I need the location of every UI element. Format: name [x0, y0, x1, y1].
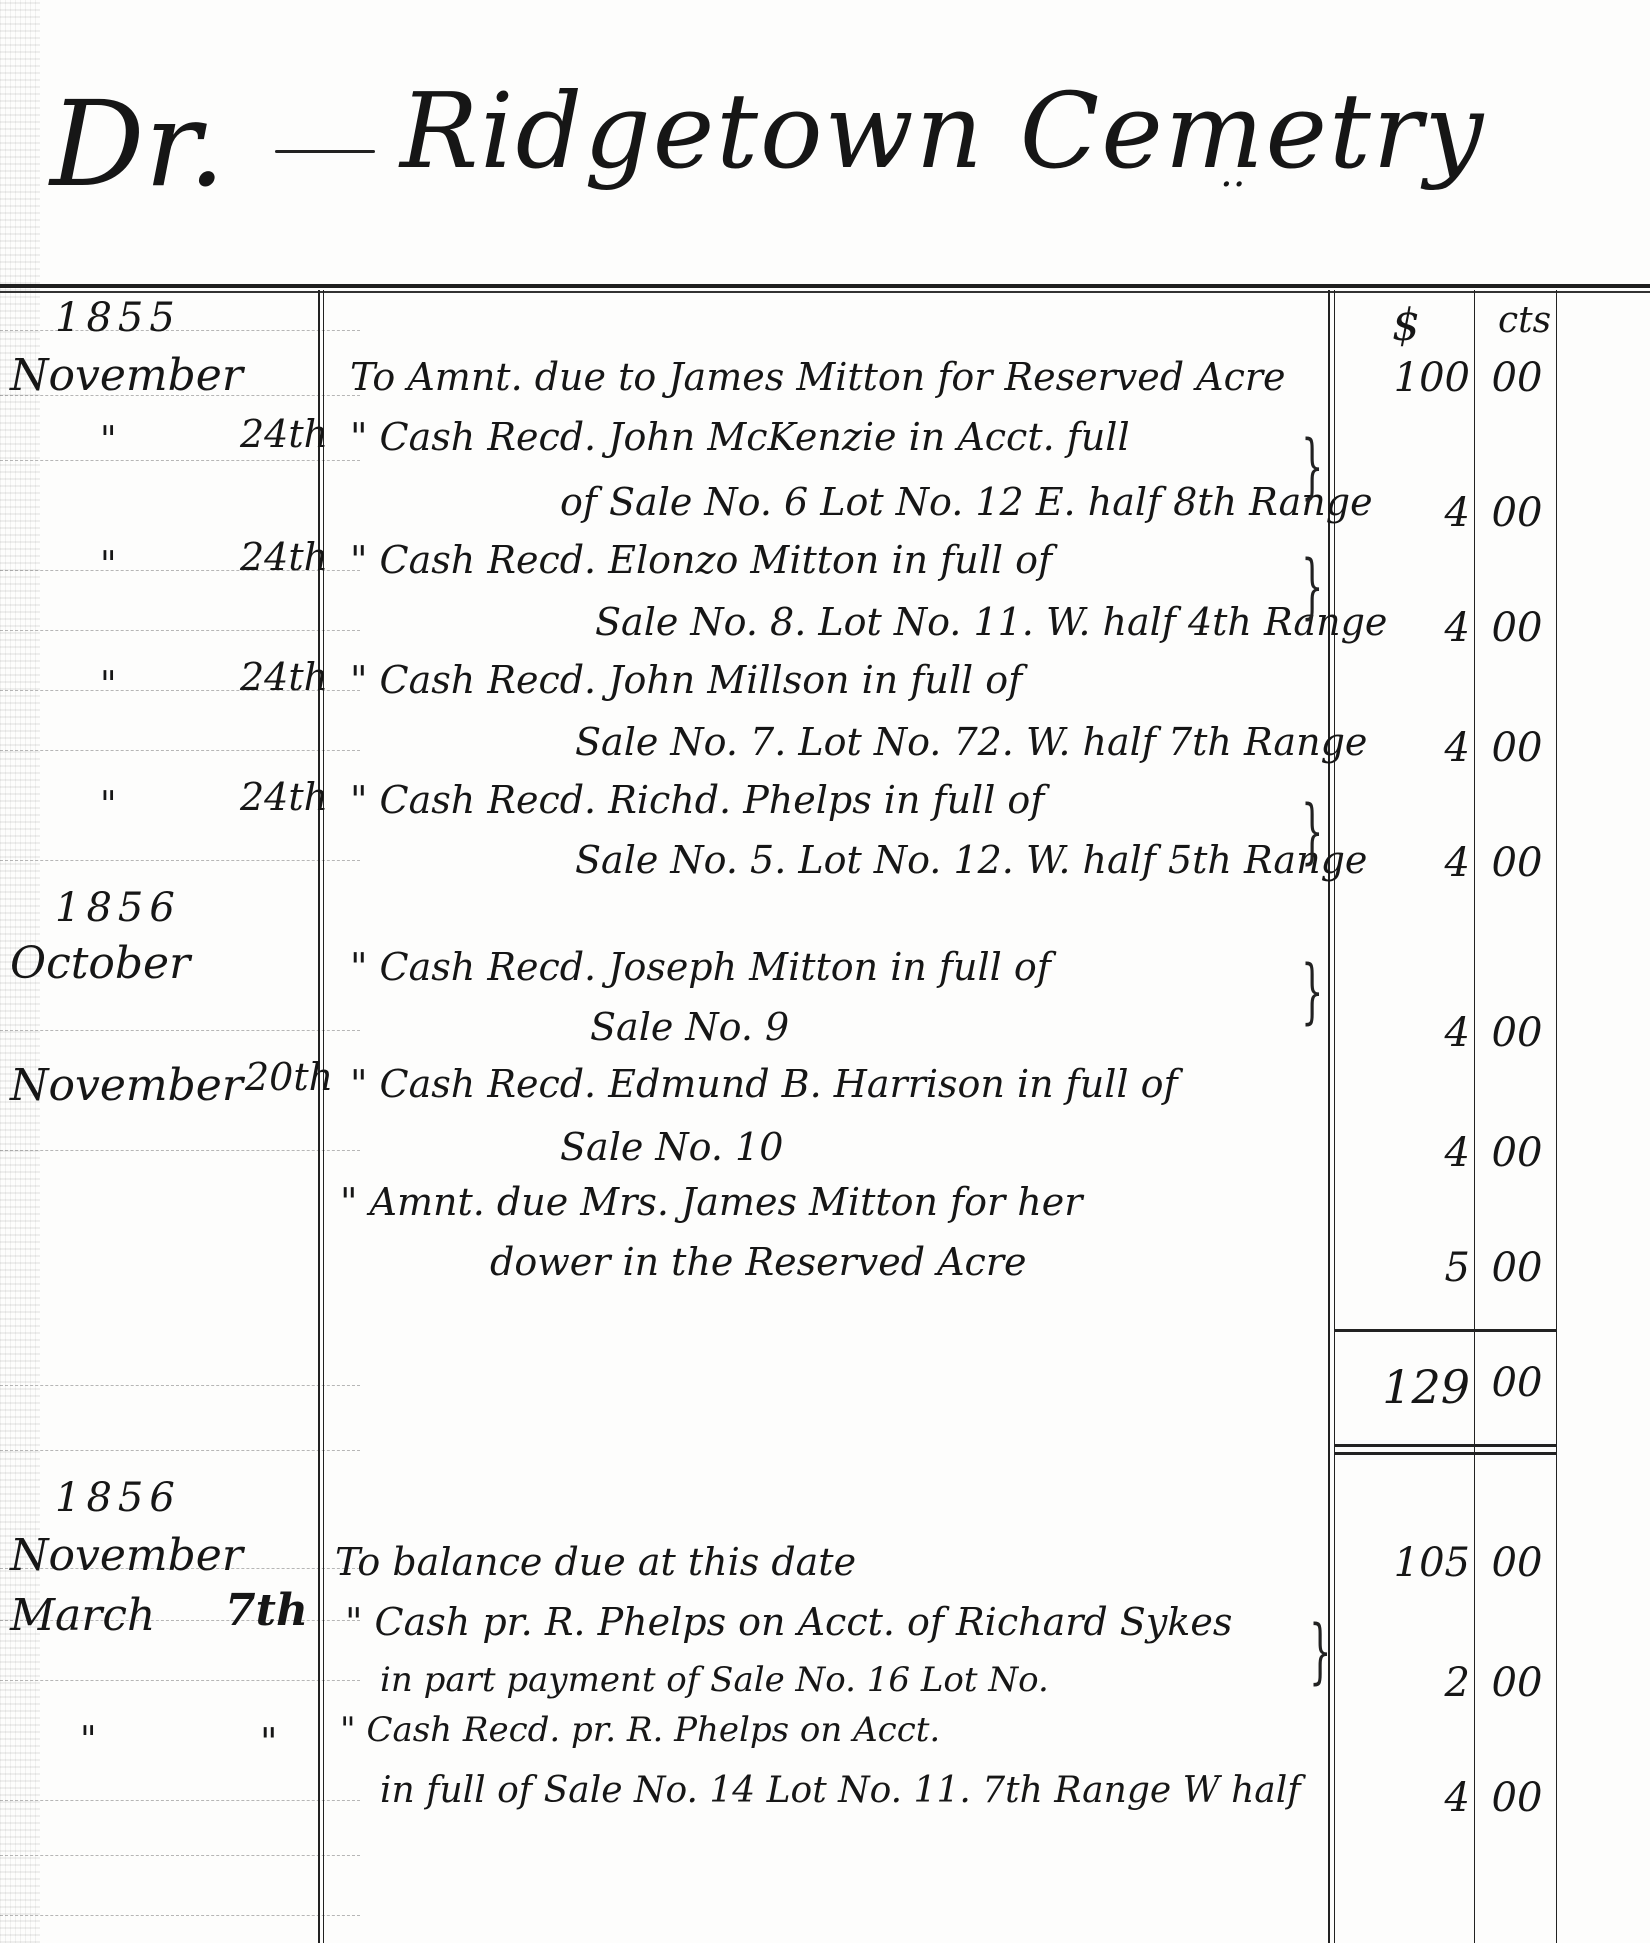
entry-dollars: 4 [1360, 1775, 1470, 1821]
entry-cents: 00 [1482, 1660, 1552, 1706]
entry-dollars: 4 [1360, 840, 1470, 886]
entry-day: 24th [240, 775, 328, 819]
entry-month: November [10, 1060, 243, 1111]
title-flourish [275, 150, 375, 153]
entry-description: " Cash Recd. Elonzo Mitton in full of [350, 538, 1052, 582]
entry-day: 7th [225, 1585, 308, 1636]
total-dollars: 129 [1360, 1360, 1470, 1414]
entry-cents: 00 [1482, 605, 1552, 651]
entry-description-continued: in full of Sale No. 14 Lot No. 11. 7th R… [380, 1770, 1301, 1811]
entry-description-continued: in part payment of Sale No. 16 Lot No. [380, 1660, 1049, 1700]
entry-description: " Cash pr. R. Phelps on Acct. of Richard… [345, 1600, 1232, 1644]
brace-glyph: } [1301, 950, 1323, 1032]
entry-cents: 00 [1482, 355, 1552, 401]
cents-column-header: cts [1498, 300, 1551, 341]
entry-month: March [10, 1590, 155, 1641]
ledger-debit-prefix: Dr. [50, 75, 226, 213]
ruled-line [0, 1030, 360, 1031]
entry-dollars: 4 [1360, 605, 1470, 651]
entry-dollars: 5 [1360, 1245, 1470, 1291]
entry-month: November [10, 350, 243, 401]
entry-description: " Cash Recd. pr. R. Phelps on Acct. [340, 1710, 940, 1750]
entry-month: November [10, 1530, 243, 1581]
entry-description: " Cash Recd. Richd. Phelps in full of [350, 778, 1044, 822]
brace-glyph: } [1301, 425, 1323, 507]
entry-description-continued: of Sale No. 6 Lot No. 12 E. half 8th Ran… [560, 480, 1373, 524]
ruled-line [0, 630, 360, 631]
dollars-column-header: $ [1392, 300, 1420, 351]
entry-description: " Amnt. due Mrs. James Mitton for her [340, 1180, 1082, 1224]
entry-cents: 00 [1482, 1130, 1552, 1176]
ruled-line [0, 860, 360, 861]
entry-description: " Cash Recd. John Millson in full of [350, 658, 1022, 702]
entry-description: " Cash Recd. Edmund B. Harrison in full … [350, 1062, 1178, 1106]
ruled-line [0, 1385, 360, 1386]
entry-month: October [10, 938, 190, 989]
entry-day: 24th [240, 412, 328, 456]
section-year: 1856 [55, 885, 181, 931]
entry-cents: 00 [1482, 840, 1552, 886]
right-margin-rule [1556, 290, 1557, 1943]
ruled-line [0, 1150, 360, 1151]
entry-dollars: 4 [1360, 1010, 1470, 1056]
brace-glyph: } [1301, 790, 1323, 872]
ruled-line [0, 750, 360, 751]
entry-description-continued: Sale No. 10 [560, 1125, 783, 1169]
entry-day: 24th [240, 535, 328, 579]
entry-dollars: 105 [1360, 1540, 1470, 1586]
ruled-line [0, 1915, 360, 1916]
dollars-column-rule-secondary [1334, 290, 1335, 1943]
entry-description: To Amnt. due to James Mitton for Reserve… [350, 355, 1286, 399]
entry-description-continued: Sale No. 8. Lot No. 11. W. half 4th Rang… [595, 600, 1387, 644]
total-double-rule [1334, 1444, 1556, 1447]
entry-dollars: 100 [1360, 355, 1470, 401]
entry-description-continued: Sale No. 5. Lot No. 12. W. half 5th Rang… [575, 838, 1367, 882]
total-double-rule [1334, 1452, 1556, 1455]
entry-day: " [260, 1720, 277, 1764]
entry-description-continued: Sale No. 9 [590, 1005, 789, 1049]
dollars-column-rule [1328, 290, 1330, 1943]
title-trailing-dots: .. [1220, 150, 1245, 196]
cents-column-rule [1474, 290, 1475, 1943]
ruled-line [0, 1680, 360, 1681]
entry-description: " Cash Recd. Joseph Mitton in full of [350, 945, 1051, 989]
entry-cents: 00 [1482, 1245, 1552, 1291]
entry-cents: 00 [1482, 1010, 1552, 1056]
ruled-line [0, 1450, 360, 1451]
entry-description-continued: Sale No. 7. Lot No. 72. W. half 7th Rang… [575, 720, 1367, 764]
entry-description: " Cash Recd. John McKenzie in Acct. full [350, 415, 1130, 459]
entry-day: 24th [240, 655, 328, 699]
ruled-line [0, 1800, 360, 1801]
entry-dollars: 4 [1360, 1130, 1470, 1176]
entry-day: 20th [245, 1055, 333, 1099]
section-year: 1855 [55, 295, 181, 341]
entry-month: " [100, 665, 117, 706]
entry-dollars: 4 [1360, 725, 1470, 771]
header-rule [0, 284, 1650, 288]
brace-glyph: } [1309, 1610, 1331, 1692]
entry-month: " [100, 785, 117, 826]
header-rule-secondary [0, 291, 1650, 293]
section-year: 1856 [55, 1475, 181, 1521]
entry-cents: 00 [1482, 1540, 1552, 1586]
ruled-line [0, 460, 360, 461]
entry-cents: 00 [1482, 490, 1552, 536]
entry-month: " [100, 420, 117, 461]
brace-glyph: } [1301, 545, 1323, 627]
entry-cents: 00 [1482, 725, 1552, 771]
ruled-line [0, 1855, 360, 1856]
entry-month: " [80, 1720, 97, 1761]
entry-month: " [100, 545, 117, 586]
entry-dollars: 2 [1360, 1660, 1470, 1706]
ledger-title: Ridgetown Cemetry [400, 70, 1485, 192]
total-rule-above [1334, 1329, 1556, 1332]
entry-cents: 00 [1482, 1775, 1552, 1821]
entry-dollars: 4 [1360, 490, 1470, 536]
total-cents: 00 [1482, 1360, 1552, 1406]
entry-description-continued: dower in the Reserved Acre [490, 1240, 1026, 1284]
entry-description: To balance due at this date [335, 1540, 856, 1584]
